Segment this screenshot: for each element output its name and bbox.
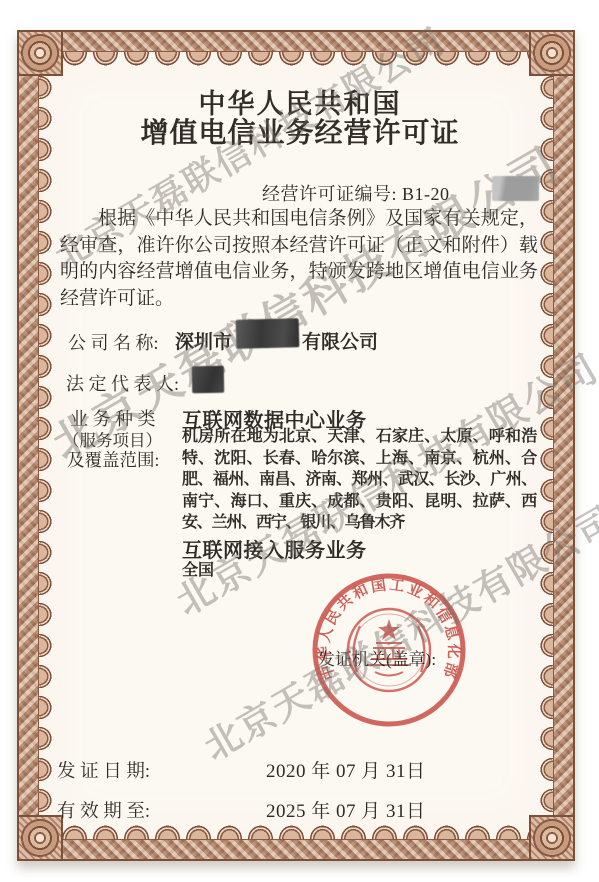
business-item-2-scope: 全国	[182, 557, 214, 580]
business-item-1-scope: 机房所在地为北京、天津、石家庄、太原、呼和浩特、沈阳、长春、哈尔滨、上海、南京、…	[182, 426, 536, 534]
issue-date-value: 2020 年 07 月 31日	[266, 756, 426, 783]
business-type-label-line3: 及覆盖范围:	[67, 447, 159, 472]
company-name-redaction	[236, 318, 300, 349]
company-name-prefix: 深圳市	[175, 327, 232, 354]
border-corner-top-left	[17, 30, 63, 76]
certificate-title: 增值电信业务经营许可证	[40, 111, 560, 151]
legal-representative-label: 法 定 代 表 人:	[66, 370, 179, 396]
expiry-date-value: 2025 年 07 月 31日	[266, 796, 426, 823]
border-band-right	[535, 72, 575, 819]
issue-date-label: 发 证 日 期:	[57, 757, 150, 783]
certificate-scan: 中华人民共和国 增值电信业务经营许可证 经营许可证编号: B1-20 根据《中华…	[0, 0, 599, 882]
expiry-date-label: 有 效 期 至:	[57, 797, 150, 823]
company-name-label: 公 司 名 称:	[68, 329, 159, 355]
license-number: 经营许可证编号: B1-20	[262, 180, 450, 206]
border-band-top	[59, 30, 533, 70]
border-band-left	[17, 72, 57, 819]
border-corner-bottom-right	[529, 815, 575, 861]
border-corner-top-right	[529, 30, 575, 76]
legal-representative-redaction	[192, 366, 224, 394]
license-number-redaction	[492, 176, 539, 201]
grant-paragraph: 根据《中华人民共和国电信条例》及国家有关规定，经审查，准许你公司按照本经营许可证…	[60, 206, 538, 312]
company-name-suffix: 有限公司	[302, 327, 378, 354]
issuer-label: 发证机关(盖章):	[318, 645, 436, 670]
border-band-bottom	[59, 821, 533, 861]
